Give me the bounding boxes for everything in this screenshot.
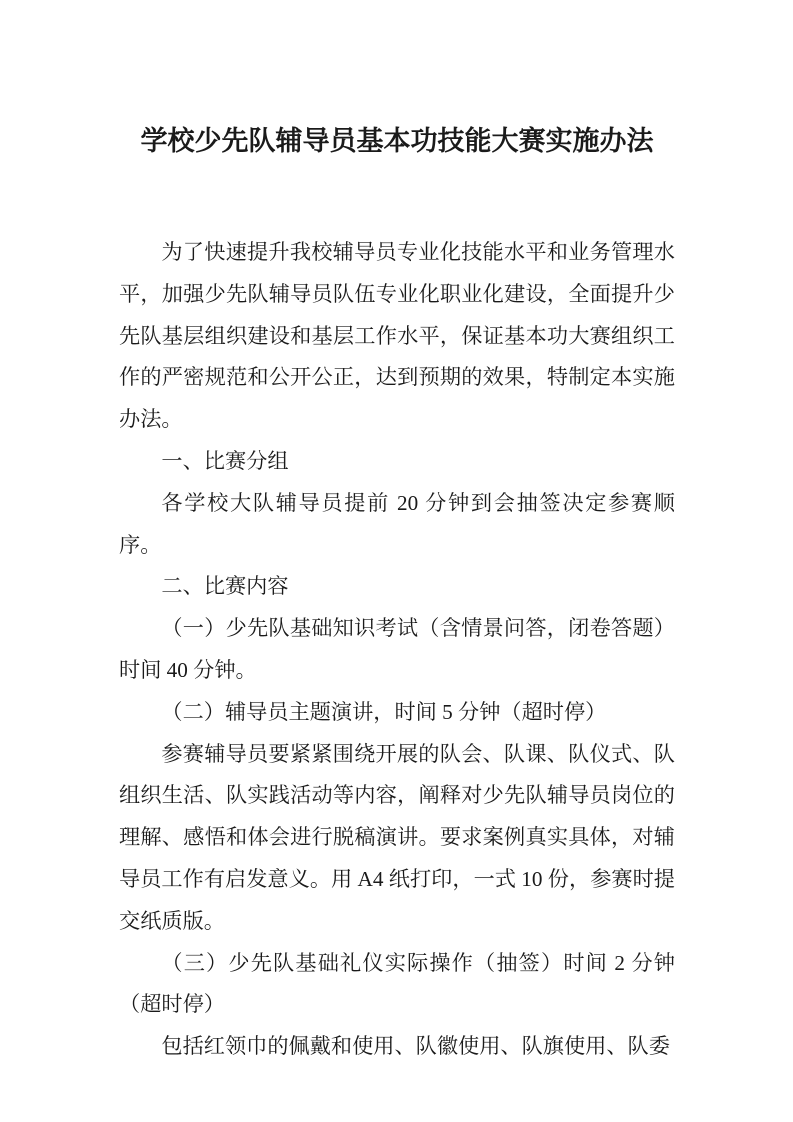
paragraph: （二）辅导员主题演讲，时间 5 分钟（超时停） [119,692,675,734]
document-page: 学校少先队辅导员基本功技能大赛实施办法 为了快速提升我校辅导员专业化技能水平和业… [0,0,793,1122]
paragraph: 为了快速提升我校辅导员专业化技能水平和业务管理水平，加强少先队辅导员队伍专业化职… [119,232,675,441]
paragraph: （三）少先队基础礼仪实际操作（抽签）时间 2 分钟（超时停） [119,943,675,1027]
paragraph: 参赛辅导员要紧紧围绕开展的队会、队课、队仪式、队组织生活、队实践活动等内容，阐释… [119,734,675,943]
paragraph: 二、比赛内容 [119,566,675,608]
paragraph: （一）少先队基础知识考试（含情景问答，闭卷答题）时间 40 分钟。 [119,608,675,692]
paragraph: 各学校大队辅导员提前 20 分钟到会抽签决定参赛顺序。 [119,483,675,567]
paragraph: 包括红领巾的佩戴和使用、队徽使用、队旗使用、队委 [119,1026,675,1068]
document-title: 学校少先队辅导员基本功技能大赛实施办法 [119,120,675,162]
document-body: 为了快速提升我校辅导员专业化技能水平和业务管理水平，加强少先队辅导员队伍专业化职… [119,232,675,1068]
paragraph: 一、比赛分组 [119,441,675,483]
